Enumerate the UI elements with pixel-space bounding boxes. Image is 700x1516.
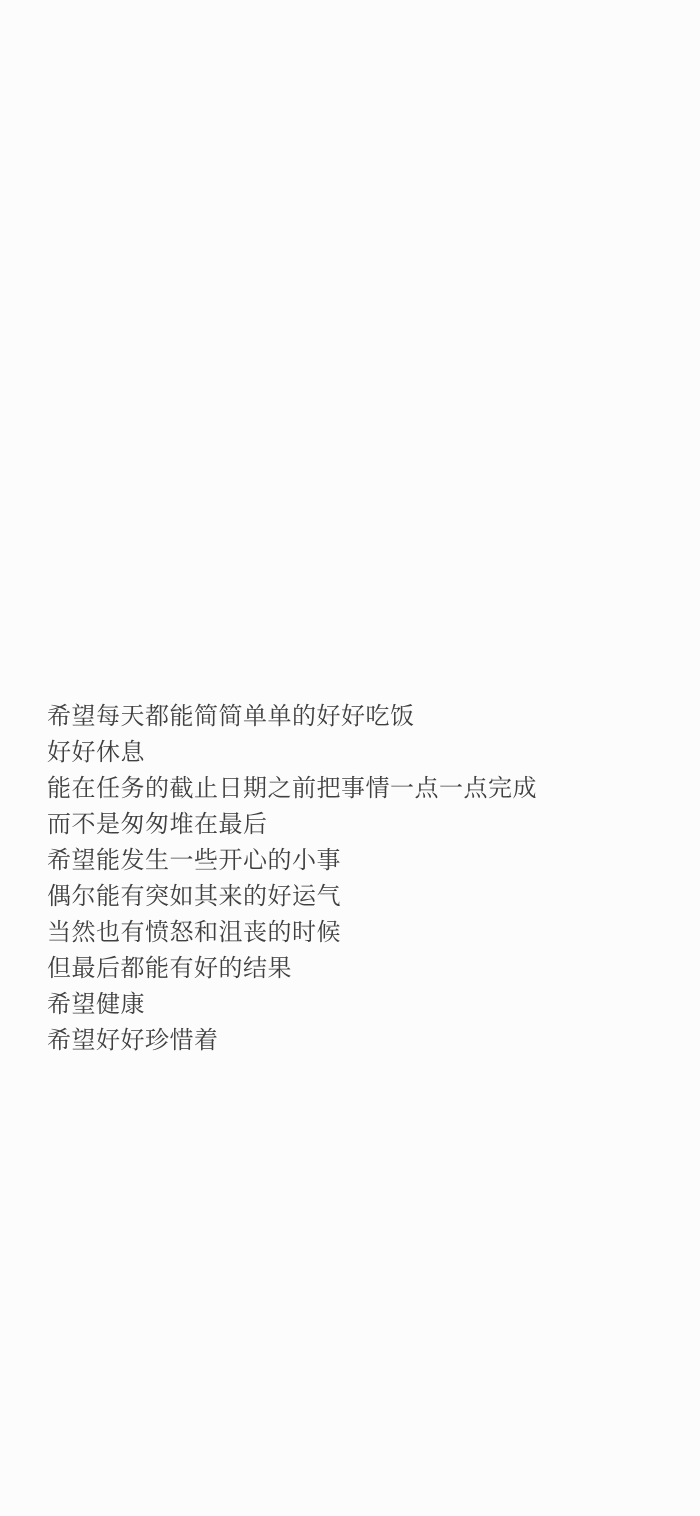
quote-line: 好好休息 (47, 734, 647, 770)
quote-line: 当然也有愤怒和沮丧的时候 (47, 914, 647, 950)
quote-line: 但最后都能有好的结果 (47, 950, 647, 986)
quote-line: 而不是匆匆堆在最后 (47, 806, 647, 842)
quote-line: 希望每天都能简简单单的好好吃饭 (47, 698, 647, 734)
quote-line: 偶尔能有突如其来的好运气 (47, 878, 647, 914)
quote-block: 希望每天都能简简单单的好好吃饭 好好休息 能在任务的截止日期之前把事情一点一点完… (47, 698, 647, 1058)
quote-line: 希望好好珍惜着 (47, 1022, 647, 1058)
quote-line: 希望能发生一些开心的小事 (47, 842, 647, 878)
quote-line: 希望健康 (47, 986, 647, 1022)
quote-line: 能在任务的截止日期之前把事情一点一点完成 (47, 770, 647, 806)
